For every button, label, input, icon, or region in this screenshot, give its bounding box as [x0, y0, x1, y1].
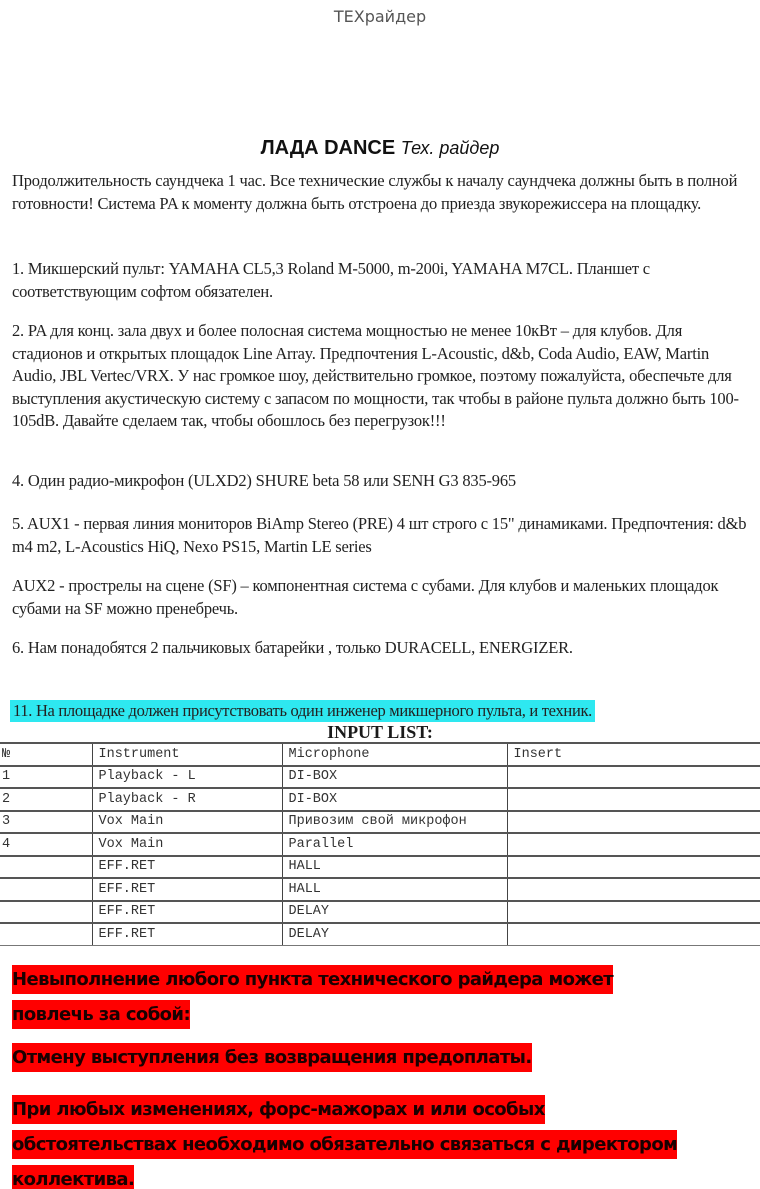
input-list-title: INPUT LIST:	[0, 722, 760, 742]
paragraph-mixing-console: 1. Микшерский пульт: YAMAHA CL5,3 Roland…	[12, 258, 754, 303]
warning-line: Отмену выступления без возвращения предо…	[12, 1043, 532, 1072]
cell-insert	[507, 788, 760, 811]
table-header-row: № Instrument Microphone Insert	[0, 743, 760, 766]
input-list-table: № Instrument Microphone Insert 1Playback…	[0, 742, 760, 946]
cell-instrument: Vox Main	[92, 833, 282, 856]
cell-microphone: DELAY	[282, 923, 507, 945]
table-row: 3Vox MainПривозим свой микрофон	[0, 811, 760, 834]
cell-number	[0, 901, 92, 924]
page-heading: ЛАДА DANCE Тех. райдер	[0, 137, 760, 160]
cell-insert	[507, 901, 760, 924]
cell-microphone: DI-BOX	[282, 788, 507, 811]
cell-number	[0, 856, 92, 879]
cell-instrument: Playback - L	[92, 766, 282, 789]
cell-instrument: EFF.RET	[92, 923, 282, 945]
table-row: EFF.RETHALL	[0, 878, 760, 901]
cell-microphone: HALL	[282, 878, 507, 901]
cell-number	[0, 878, 92, 901]
paragraph-radio-mic: 4. Один радио-микрофон (ULXD2) SHURE bet…	[12, 470, 754, 493]
document-title: ТЕХрайдер	[0, 7, 760, 26]
cell-number	[0, 923, 92, 945]
column-header-microphone: Microphone	[282, 743, 507, 766]
table-row: EFF.RETDELAY	[0, 923, 760, 945]
warning-noncompliance: Невыполнение любого пункта технического …	[12, 962, 613, 1032]
cell-number: 4	[0, 833, 92, 856]
cell-number: 1	[0, 766, 92, 789]
paragraph-soundcheck: Продолжительность саундчека 1 час. Все т…	[12, 170, 754, 215]
column-header-insert: Insert	[507, 743, 760, 766]
paragraph-pa-system: 2. PA для конц. зала двух и более полосн…	[12, 320, 754, 433]
table-row: 1Playback - LDI-BOX	[0, 766, 760, 789]
cell-microphone: DELAY	[282, 901, 507, 924]
cell-instrument: Vox Main	[92, 811, 282, 834]
warning-line: При любых изменениях, форс-мажорах и или…	[12, 1095, 545, 1124]
warning-cancellation: Отмену выступления без возвращения предо…	[12, 1040, 532, 1075]
highlighted-engineer-note: 11. На площадке должен присутствовать од…	[10, 700, 595, 722]
cell-instrument: EFF.RET	[92, 856, 282, 879]
column-header-instrument: Instrument	[92, 743, 282, 766]
cell-insert	[507, 878, 760, 901]
warning-line: повлечь за собой:	[12, 1000, 190, 1029]
table-row: 2Playback - RDI-BOX	[0, 788, 760, 811]
cell-number: 3	[0, 811, 92, 834]
cell-insert	[507, 833, 760, 856]
heading-subtitle: Тех. райдер	[401, 138, 500, 158]
paragraph-batteries: 6. Нам понадобятся 2 пальчиковых батарей…	[12, 637, 754, 660]
cell-instrument: Playback - R	[92, 788, 282, 811]
cell-insert	[507, 923, 760, 945]
table-row: 4Vox MainParallel	[0, 833, 760, 856]
cell-microphone: Привозим свой микрофон	[282, 811, 507, 834]
cell-insert	[507, 811, 760, 834]
cell-microphone: HALL	[282, 856, 507, 879]
table-row: EFF.RETDELAY	[0, 901, 760, 924]
warning-line: коллектива.	[12, 1165, 134, 1189]
cell-instrument: EFF.RET	[92, 878, 282, 901]
table-row: EFF.RETHALL	[0, 856, 760, 879]
cell-microphone: DI-BOX	[282, 766, 507, 789]
paragraph-aux2: AUX2 - прострелы на сцене (SF) – компоне…	[12, 575, 754, 620]
heading-band-name: ЛАДА DANCE	[261, 137, 396, 159]
paragraph-aux1: 5. AUX1 - первая линия мониторов BiAmp S…	[12, 513, 754, 558]
cell-insert	[507, 856, 760, 879]
cell-insert	[507, 766, 760, 789]
warning-contact-director: При любых изменениях, форс-мажорах и или…	[12, 1092, 677, 1189]
cell-instrument: EFF.RET	[92, 901, 282, 924]
cell-number: 2	[0, 788, 92, 811]
cell-microphone: Parallel	[282, 833, 507, 856]
warning-line: обстоятельствах необходимо обязательно с…	[12, 1130, 677, 1159]
column-header-number: №	[0, 743, 92, 766]
warning-line: Невыполнение любого пункта технического …	[12, 965, 613, 994]
